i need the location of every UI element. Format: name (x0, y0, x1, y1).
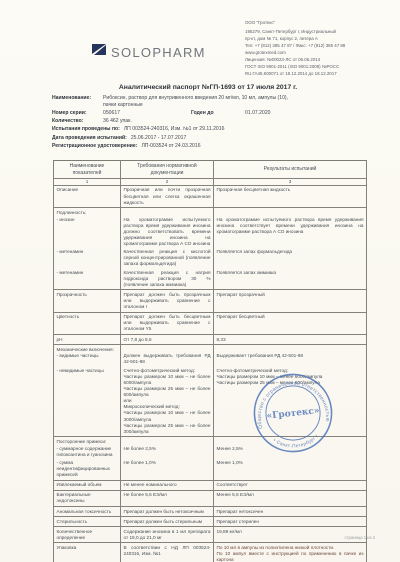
company-line: ГОСТ ISO 9001-2011 (ISO 9001:2008) №РОСС (245, 63, 397, 70)
result: Выдерживает требования РД 42-501-98 (214, 353, 367, 367)
result (214, 345, 367, 353)
indicator-name: Описание (54, 185, 121, 207)
requirement: Препарат должен быть стерильным (121, 517, 214, 527)
page-number: страница 1 из 2 (345, 535, 375, 540)
indicator-name: - сумма неидентифицированных примесей (54, 459, 121, 480)
meta-row: Испытания проведены по:ЛП 003524-240316,… (52, 126, 387, 133)
result: Менее 5,6 ЕЭ/мл (214, 490, 367, 506)
table-row: - невидимые частицыСчетно-фотометрически… (54, 367, 367, 437)
table-row: - сумма неидентифицированных примесейНе … (54, 459, 367, 480)
results-table-body: ОписаниеПрозрачная или почти прозрачная … (54, 185, 367, 562)
indicator-name: - метенамин (54, 249, 121, 269)
requirement: Качественная реакция с натрия гидроксида… (121, 269, 214, 290)
column-number: 1 (54, 179, 121, 186)
column-header-indicators: Наименование показателей (54, 161, 121, 179)
indicator-name: - инозин (54, 216, 121, 249)
logo-text: SOLOPHARM (111, 45, 206, 60)
company-info: ООО "Гротекс"195279, Санкт-Петербург г, … (245, 19, 397, 77)
company-line: RU.ГА45.К00071 от 18.12.2014 до 18.12.20… (245, 70, 397, 77)
meta-row: Регистрационное удостоверение:ЛП-003524 … (52, 143, 387, 150)
indicator-name: Извлекаемый объем (54, 480, 121, 490)
meta-row: Номер серии:050617Годен до01.07.2020 (52, 110, 387, 117)
table-row: Посторонние примеси: (54, 437, 367, 445)
indicator-name: Прозрачность (54, 290, 121, 312)
document-title: Аналитический паспорт №ГП-1693 от 17 июл… (16, 84, 400, 91)
requirement: Не более 2,5% (121, 445, 214, 459)
company-line: ООО "Гротекс" (245, 19, 397, 26)
column-header-results: Результаты испытаний (214, 161, 367, 179)
requirement: Не менее номинального (121, 480, 214, 490)
requirement: На хроматограмме испытуемого раствора вр… (121, 216, 214, 249)
meta-row: Дата проведения испытаний:25.06.2017 - 1… (52, 135, 387, 142)
indicator-name: - видимые частицы (54, 353, 121, 367)
indicator-name: Механические включения: (54, 345, 121, 353)
table-row: - суммарное содержание гипоксантина и гу… (54, 445, 367, 459)
result: Прозрачная бесцветная жидкость (214, 185, 367, 207)
table-row: рНОт 7,8 до 8,68,33 (54, 335, 367, 345)
requirement: Препарат должен быть нетоксичным (121, 507, 214, 517)
column-number: 3 (214, 179, 367, 186)
column-header-requirements: Требования нормативной документации (121, 161, 214, 179)
result: Препарат стерилен (214, 517, 367, 527)
requirement: Препарат должен быть прозрачным или выде… (121, 290, 214, 312)
requirement: Прозрачная или почти прозрачная бесцветн… (121, 185, 214, 207)
solopharm-logo-icon (92, 43, 107, 61)
requirement (121, 437, 214, 445)
requirement: Должен выдерживать требования РД 42-501-… (121, 353, 214, 367)
requirement: Не более 5,6 ЕЭ/мл (121, 490, 214, 506)
indicator-name: Посторонние примеси: (54, 437, 121, 445)
results-table-head: Наименование показателей Требования норм… (54, 161, 367, 186)
result: Появляется запах аммиака (214, 269, 367, 290)
result: Менее 2,5% (214, 445, 367, 459)
company-line: Лицензия: №00023-ЛС от 06.06.2014 (245, 56, 397, 63)
table-row: Подлинность: (54, 208, 367, 216)
table-row: СтерильностьПрепарат должен быть стериль… (54, 517, 367, 527)
result: По 10 мл в ампулы из полиэтилена низкой … (214, 543, 367, 562)
indicator-name: - метенамин (54, 269, 121, 290)
requirement: Препарат должен быть бесцветным или выде… (121, 312, 214, 334)
indicator-name: Упаковка (54, 543, 121, 562)
table-row: - метенаминКачественная реакция с натрия… (54, 269, 367, 290)
table-row: Количественное определениеСодержание ино… (54, 527, 367, 543)
column-number: 2 (121, 179, 214, 186)
indicator-name: Бактериальные эндотоксины (54, 490, 121, 506)
requirement: Счетно-фотометрический метод: Частицы ра… (121, 367, 214, 437)
result (214, 208, 367, 216)
requirement: В соответствии с НД ЛП 003524-240316, Из… (121, 543, 214, 562)
company-line: Тел: +7 (812) 385 47 87 / Факс: +7 (812)… (245, 42, 397, 49)
table-row: ОписаниеПрозрачная или почти прозрачная … (54, 185, 367, 207)
scanned-document-page: SOLOPHARM ООО "Гротекс"195279, Санкт-Пет… (0, 0, 400, 562)
header-logo: SOLOPHARM (92, 43, 206, 61)
company-line: 195279, Санкт-Петербург г, Индустриальны… (245, 28, 397, 35)
result: Препарат прозрачный (214, 290, 367, 312)
result: Появляется запах формальдегида (214, 249, 367, 269)
requirement: Содержание инозина в 1 мл препарата от 1… (121, 527, 214, 543)
result: Соответствует (214, 480, 367, 490)
requirement: Качественная реакция с кислотой серной к… (121, 249, 214, 269)
company-line: www.grotexmed.com (245, 49, 397, 56)
company-line: пр-кт, дом № 71, корпус 2, литера А (245, 35, 397, 42)
indicator-name: рН (54, 335, 121, 345)
table-row: УпаковкаВ соответствии с НД ЛП 003524-24… (54, 543, 367, 562)
table-row: ЦветностьПрепарат должен быть бесцветным… (54, 312, 367, 334)
meta-block: Наименование:Рибоксин, раствор для внутр… (52, 95, 387, 151)
requirement (121, 345, 214, 353)
result: Препарат нетоксичен (214, 507, 367, 517)
requirement: Не более 1,0% (121, 459, 214, 480)
table-row: Механические включения: (54, 345, 367, 353)
result: 8,33 (214, 335, 367, 345)
result (214, 437, 367, 445)
results-table-wrap: Наименование показателей Требования норм… (53, 160, 366, 562)
indicator-name: Аномальная токсичность (54, 507, 121, 517)
meta-row: Количество:36 462 упак. (52, 118, 387, 125)
requirement (121, 208, 214, 216)
indicator-name: Стерильность (54, 517, 121, 527)
result: Препарат бесцветный (214, 312, 367, 334)
requirement: От 7,8 до 8,6 (121, 335, 214, 345)
table-row: - инозинНа хроматограмме испытуемого рас… (54, 216, 367, 249)
indicator-name: Подлинность: (54, 208, 121, 216)
result: Менее 1,0% (214, 459, 367, 480)
table-row: Извлекаемый объемНе менее номинальногоСо… (54, 480, 367, 490)
result: На хроматограмме испытуемого раствора вр… (214, 216, 367, 249)
meta-row: Наименование:Рибоксин, раствор для внутр… (52, 95, 387, 108)
table-row: Аномальная токсичностьПрепарат должен бы… (54, 507, 367, 517)
table-row: - метенаминКачественная реакция с кислот… (54, 249, 367, 269)
header-row: Наименование показателей Требования норм… (54, 161, 367, 179)
result: Счетно-фотометрический метод: Частицы ра… (214, 367, 367, 437)
indicator-name: - суммарное содержание гипоксантина и гу… (54, 445, 121, 459)
table-row: Бактериальные эндотоксиныНе более 5,6 ЕЭ… (54, 490, 367, 506)
indicator-name: Цветность (54, 312, 121, 334)
indicator-name: - невидимые частицы (54, 367, 121, 437)
results-table: Наименование показателей Требования норм… (53, 160, 367, 562)
indicator-name: Количественное определение (54, 527, 121, 543)
column-numbers-row: 1 2 3 (54, 179, 367, 186)
table-row: ПрозрачностьПрепарат должен быть прозрач… (54, 290, 367, 312)
table-row: - видимые частицыДолжен выдерживать треб… (54, 353, 367, 367)
